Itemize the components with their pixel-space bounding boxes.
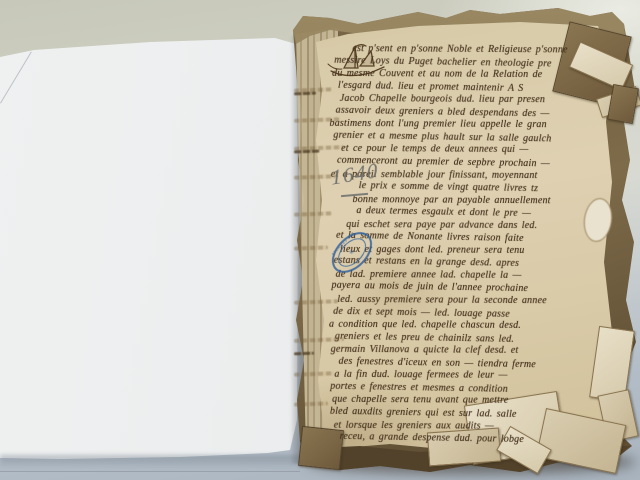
handwriting-line: et lorsque les greniers aux audits — xyxy=(334,419,494,431)
handwriting-line: et ce pour le temps de deux annees qui — xyxy=(341,143,528,155)
table-edge-line xyxy=(0,471,300,472)
handwriting-line: que chapelle sera tenu avant que mettre xyxy=(332,394,508,406)
handwriting-line: le prix e somme de vingt quatre livres t… xyxy=(359,180,539,194)
handwriting-line: assavoir deux greniers a bled despendans… xyxy=(336,104,550,119)
handwriting-line: l'esgard dud. lieu et promet maintenir A… xyxy=(338,79,524,93)
handwriting-line: bonne monnoye par an payable annuellemen… xyxy=(353,194,551,206)
handwriting-line: Jacob Chapelle bourgeois dud. lieu par p… xyxy=(340,93,545,105)
handwriting-line: led. aussy premiere sera pour la seconde… xyxy=(337,294,547,306)
handwriting-line: a la fin dud. louage fermees de leur — xyxy=(334,369,507,381)
white-page-shadow xyxy=(0,455,300,469)
handwriting-line: payera au mois de juin de l'annee procha… xyxy=(331,280,528,294)
handwriting-line: bled auxdits greniers qui est sur lad. s… xyxy=(330,406,517,420)
handwriting-line: des fenestres d'iceux en son — tiendra f… xyxy=(338,356,536,370)
handwriting-line: portes e fenestres et mesmes a condition xyxy=(330,381,508,395)
handwriting-line: messire Loys du Puget bachelier en theol… xyxy=(334,54,552,69)
handwriting-line: qui eschet sera paye par advance dans le… xyxy=(346,219,537,231)
handwriting-line: est p'sent en p'sonne Noble et Religieus… xyxy=(352,43,567,55)
handwriting-line: du mesme Couvent et au nom de la Relatio… xyxy=(332,68,542,80)
handwriting-line: germain Villanova a quicte la clef desd.… xyxy=(331,344,519,356)
handwriting-line: greniers et les preu de chainilz sans le… xyxy=(335,330,514,344)
handwriting-line: a condition que led. chapelle chascun de… xyxy=(329,319,521,331)
handwriting-line: de lad. premiere annee lad. chapelle la … xyxy=(336,269,522,281)
handwriting-line: a deux termes esgaulx et dont le pre — xyxy=(356,205,531,219)
handwriting-line: bastimens dont l'ung premier lieu appell… xyxy=(329,118,546,130)
photo-scene: est p'sent en p'sonne Noble et Religieus… xyxy=(0,0,640,480)
handwriting-line: de dix et sept mois — led. louage passe xyxy=(333,305,510,319)
